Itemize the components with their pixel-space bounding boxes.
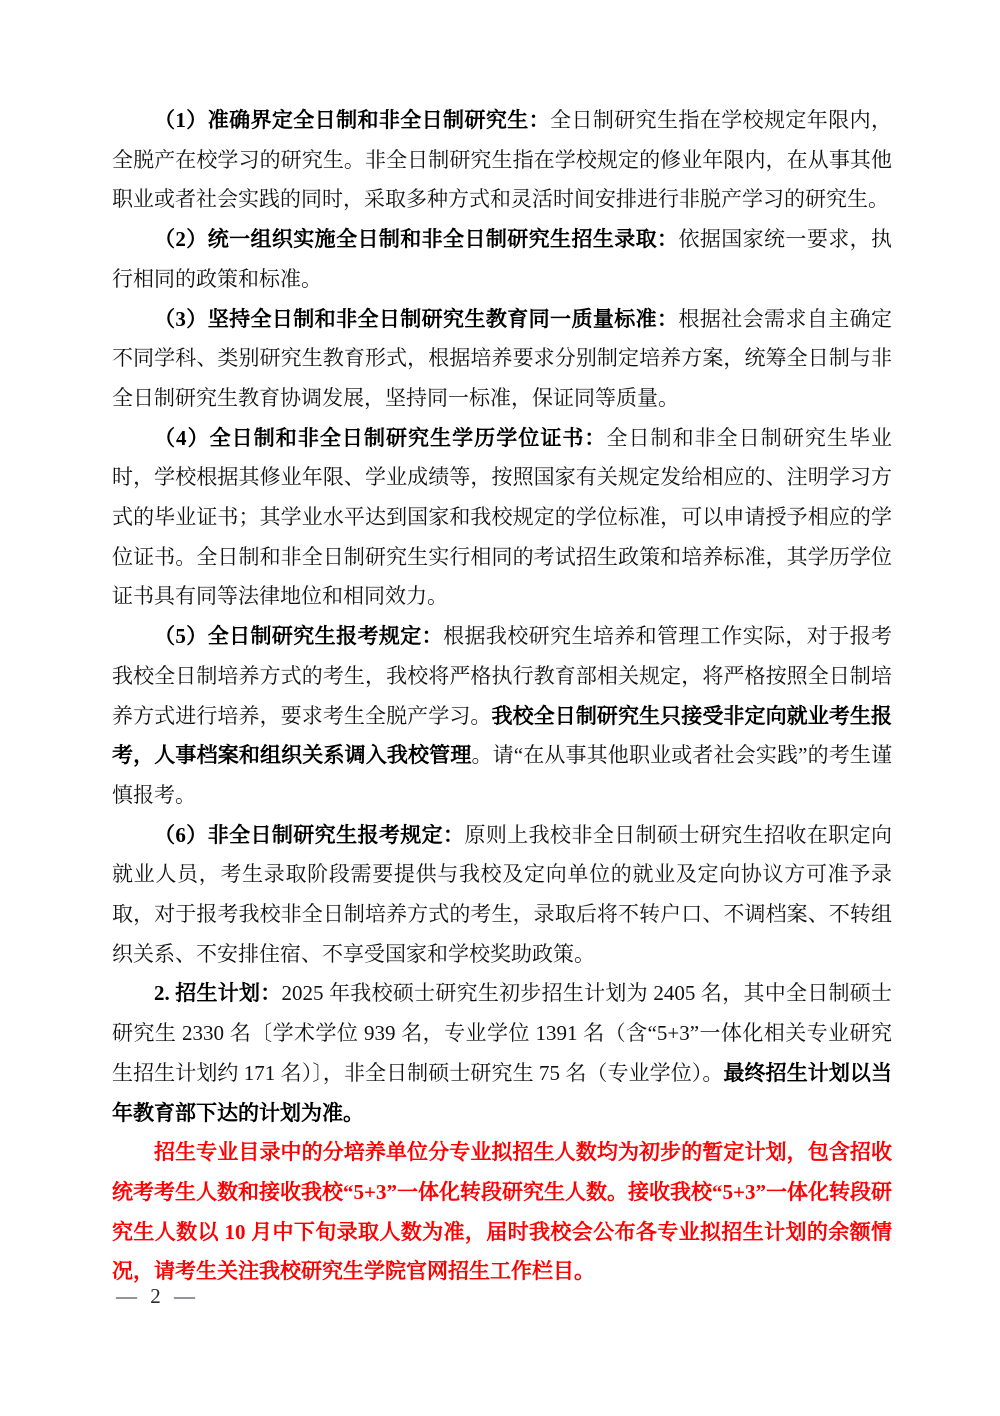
text-run-bold: （6）非全日制研究生报考规定： bbox=[154, 823, 464, 847]
text-run-bold: 2. 招生计划： bbox=[154, 981, 282, 1005]
text-run-bold: （4）全日制和非全日制研究生学历学位证书： bbox=[154, 426, 606, 450]
document-body: （1）准确界定全日制和非全日制研究生：全日制研究生指在学校规定年限内，全脱产在校… bbox=[112, 101, 892, 1292]
paragraph: （6）非全日制研究生报考规定：原则上我校非全日制硕士研究生招收在职定向就业人员，… bbox=[112, 816, 892, 975]
paragraph: （4）全日制和非全日制研究生学历学位证书：全日制和非全日制研究生毕业时，学校根据… bbox=[112, 419, 892, 618]
text-run-bold-red: 招生专业目录中的分培养单位分专业拟招生人数均为初步的暂定计划，包含招收统考考生人… bbox=[112, 1140, 892, 1283]
text-run-bold: （5）全日制研究生报考规定： bbox=[154, 624, 443, 648]
text-run-bold: （3）坚持全日制和非全日制研究生教育同一质量标准： bbox=[154, 307, 678, 331]
paragraph: （5）全日制研究生报考规定：根据我校研究生培养和管理工作实际，对于报考我校全日制… bbox=[112, 617, 892, 816]
paragraph: 2. 招生计划：2025 年我校硕士研究生初步招生计划为 2405 名，其中全日… bbox=[112, 974, 892, 1133]
document-page: （1）准确界定全日制和非全日制研究生：全日制研究生指在学校规定年限内，全脱产在校… bbox=[0, 0, 1000, 1416]
paragraph: （3）坚持全日制和非全日制研究生教育同一质量标准：根据社会需求自主确定不同学科、… bbox=[112, 300, 892, 419]
paragraph: 招生专业目录中的分培养单位分专业拟招生人数均为初步的暂定计划，包含招收统考考生人… bbox=[112, 1133, 892, 1292]
page-number: — 2 — bbox=[116, 1281, 199, 1311]
paragraph: （1）准确界定全日制和非全日制研究生：全日制研究生指在学校规定年限内，全脱产在校… bbox=[112, 101, 892, 220]
text-run-bold: （2）统一组织实施全日制和非全日制研究生招生录取： bbox=[154, 227, 678, 251]
paragraph: （2）统一组织实施全日制和非全日制研究生招生录取：依据国家统一要求，执行相同的政… bbox=[112, 220, 892, 299]
text-run-normal: 全日制和非全日制研究生毕业时，学校根据其修业年限、学业成绩等，按照国家有关规定发… bbox=[112, 426, 892, 609]
text-run-bold: （1）准确界定全日制和非全日制研究生： bbox=[154, 108, 550, 132]
